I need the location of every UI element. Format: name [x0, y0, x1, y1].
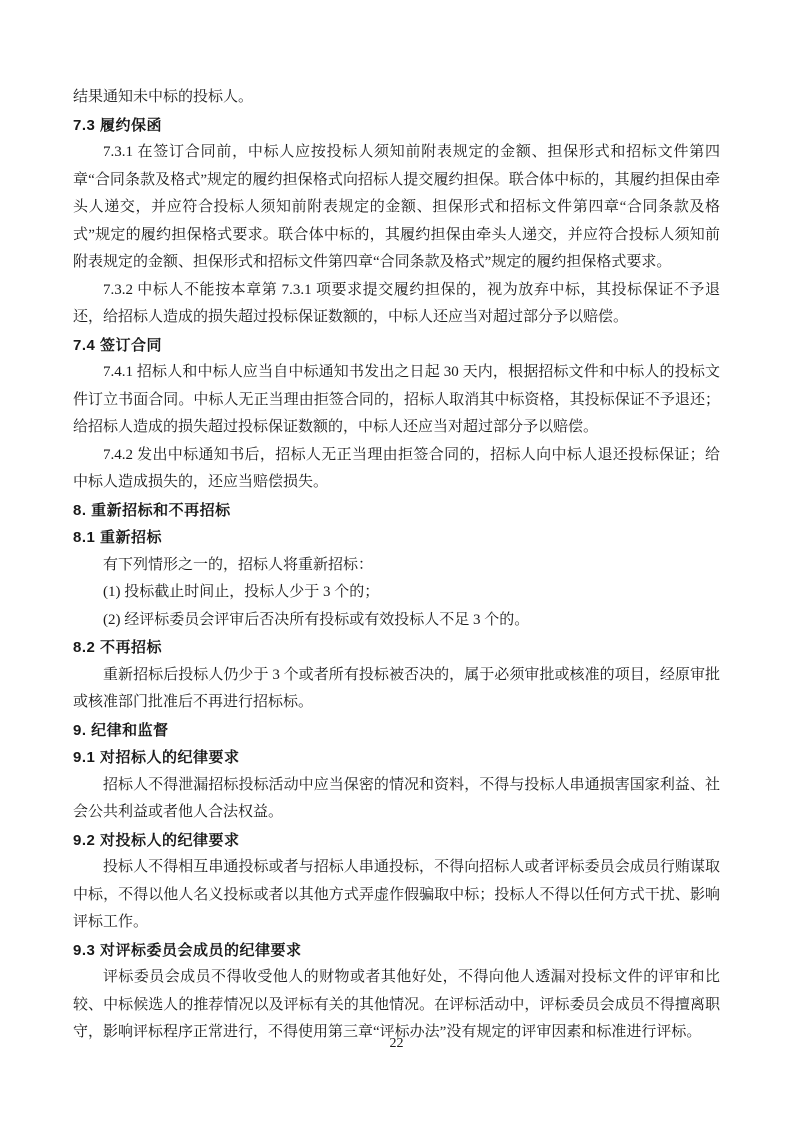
paragraph-7-4-2: 7.4.2 发出中标通知书后，招标人无正当理由拒签合同的，招标人向中标人退还投标…	[73, 442, 720, 497]
paragraph-7-4-1: 7.4.1 招标人和中标人应当自中标通知书发出之日起 30 天内，根据招标文件和…	[73, 359, 720, 442]
paragraph-7-3-1: 7.3.1 在签订合同前，中标人应按投标人须知前附表规定的金额、担保形式和招标文…	[73, 139, 720, 277]
heading-9-1-tenderer-discipline: 9.1 对招标人的纪律要求	[73, 744, 720, 772]
heading-8-rebidding: 8. 重新招标和不再招标	[73, 497, 720, 525]
paragraph-9-3: 评标委员会成员不得收受他人的财物或者其他好处，不得向他人透漏对投标文件的评审和比…	[73, 964, 720, 1047]
list-item-2: (2) 经评标委员会评审后否决所有投标或有效投标人不足 3 个的。	[73, 607, 720, 635]
heading-8-2-no-rebid: 8.2 不再招标	[73, 634, 720, 662]
heading-7-4-contract-signing: 7.4 签订合同	[73, 332, 720, 360]
heading-7-3-performance-guarantee: 7.3 履约保函	[73, 112, 720, 140]
heading-9-3-committee-discipline: 9.3 对评标委员会成员的纪律要求	[73, 937, 720, 965]
paragraph-8-1-intro: 有下列情形之一的，招标人将重新招标：	[73, 552, 720, 580]
document-body: 结果通知未中标的投标人。 7.3 履约保函 7.3.1 在签订合同前，中标人应按…	[73, 84, 720, 1047]
paragraph-7-3-2: 7.3.2 中标人不能按本章第 7.3.1 项要求提交履约担保的，视为放弃中标，…	[73, 277, 720, 332]
page-number: 22	[0, 1036, 793, 1052]
list-item-1: (1) 投标截止时间止，投标人少于 3 个的；	[73, 579, 720, 607]
paragraph-9-2: 投标人不得相互串通投标或者与招标人串通投标，不得向招标人或者评标委员会成员行贿谋…	[73, 854, 720, 937]
document-page: 结果通知未中标的投标人。 7.3 履约保函 7.3.1 在签订合同前，中标人应按…	[0, 0, 793, 1122]
paragraph-continuation: 结果通知未中标的投标人。	[73, 84, 720, 112]
heading-8-1-rebid: 8.1 重新招标	[73, 524, 720, 552]
heading-9-2-bidder-discipline: 9.2 对投标人的纪律要求	[73, 827, 720, 855]
heading-9-discipline-supervision: 9. 纪律和监督	[73, 717, 720, 745]
paragraph-8-2: 重新招标后投标人仍少于 3 个或者所有投标被否决的，属于必须审批或核准的项目，经…	[73, 662, 720, 717]
paragraph-9-1: 招标人不得泄漏招标投标活动中应当保密的情况和资料，不得与投标人串通损害国家利益、…	[73, 772, 720, 827]
